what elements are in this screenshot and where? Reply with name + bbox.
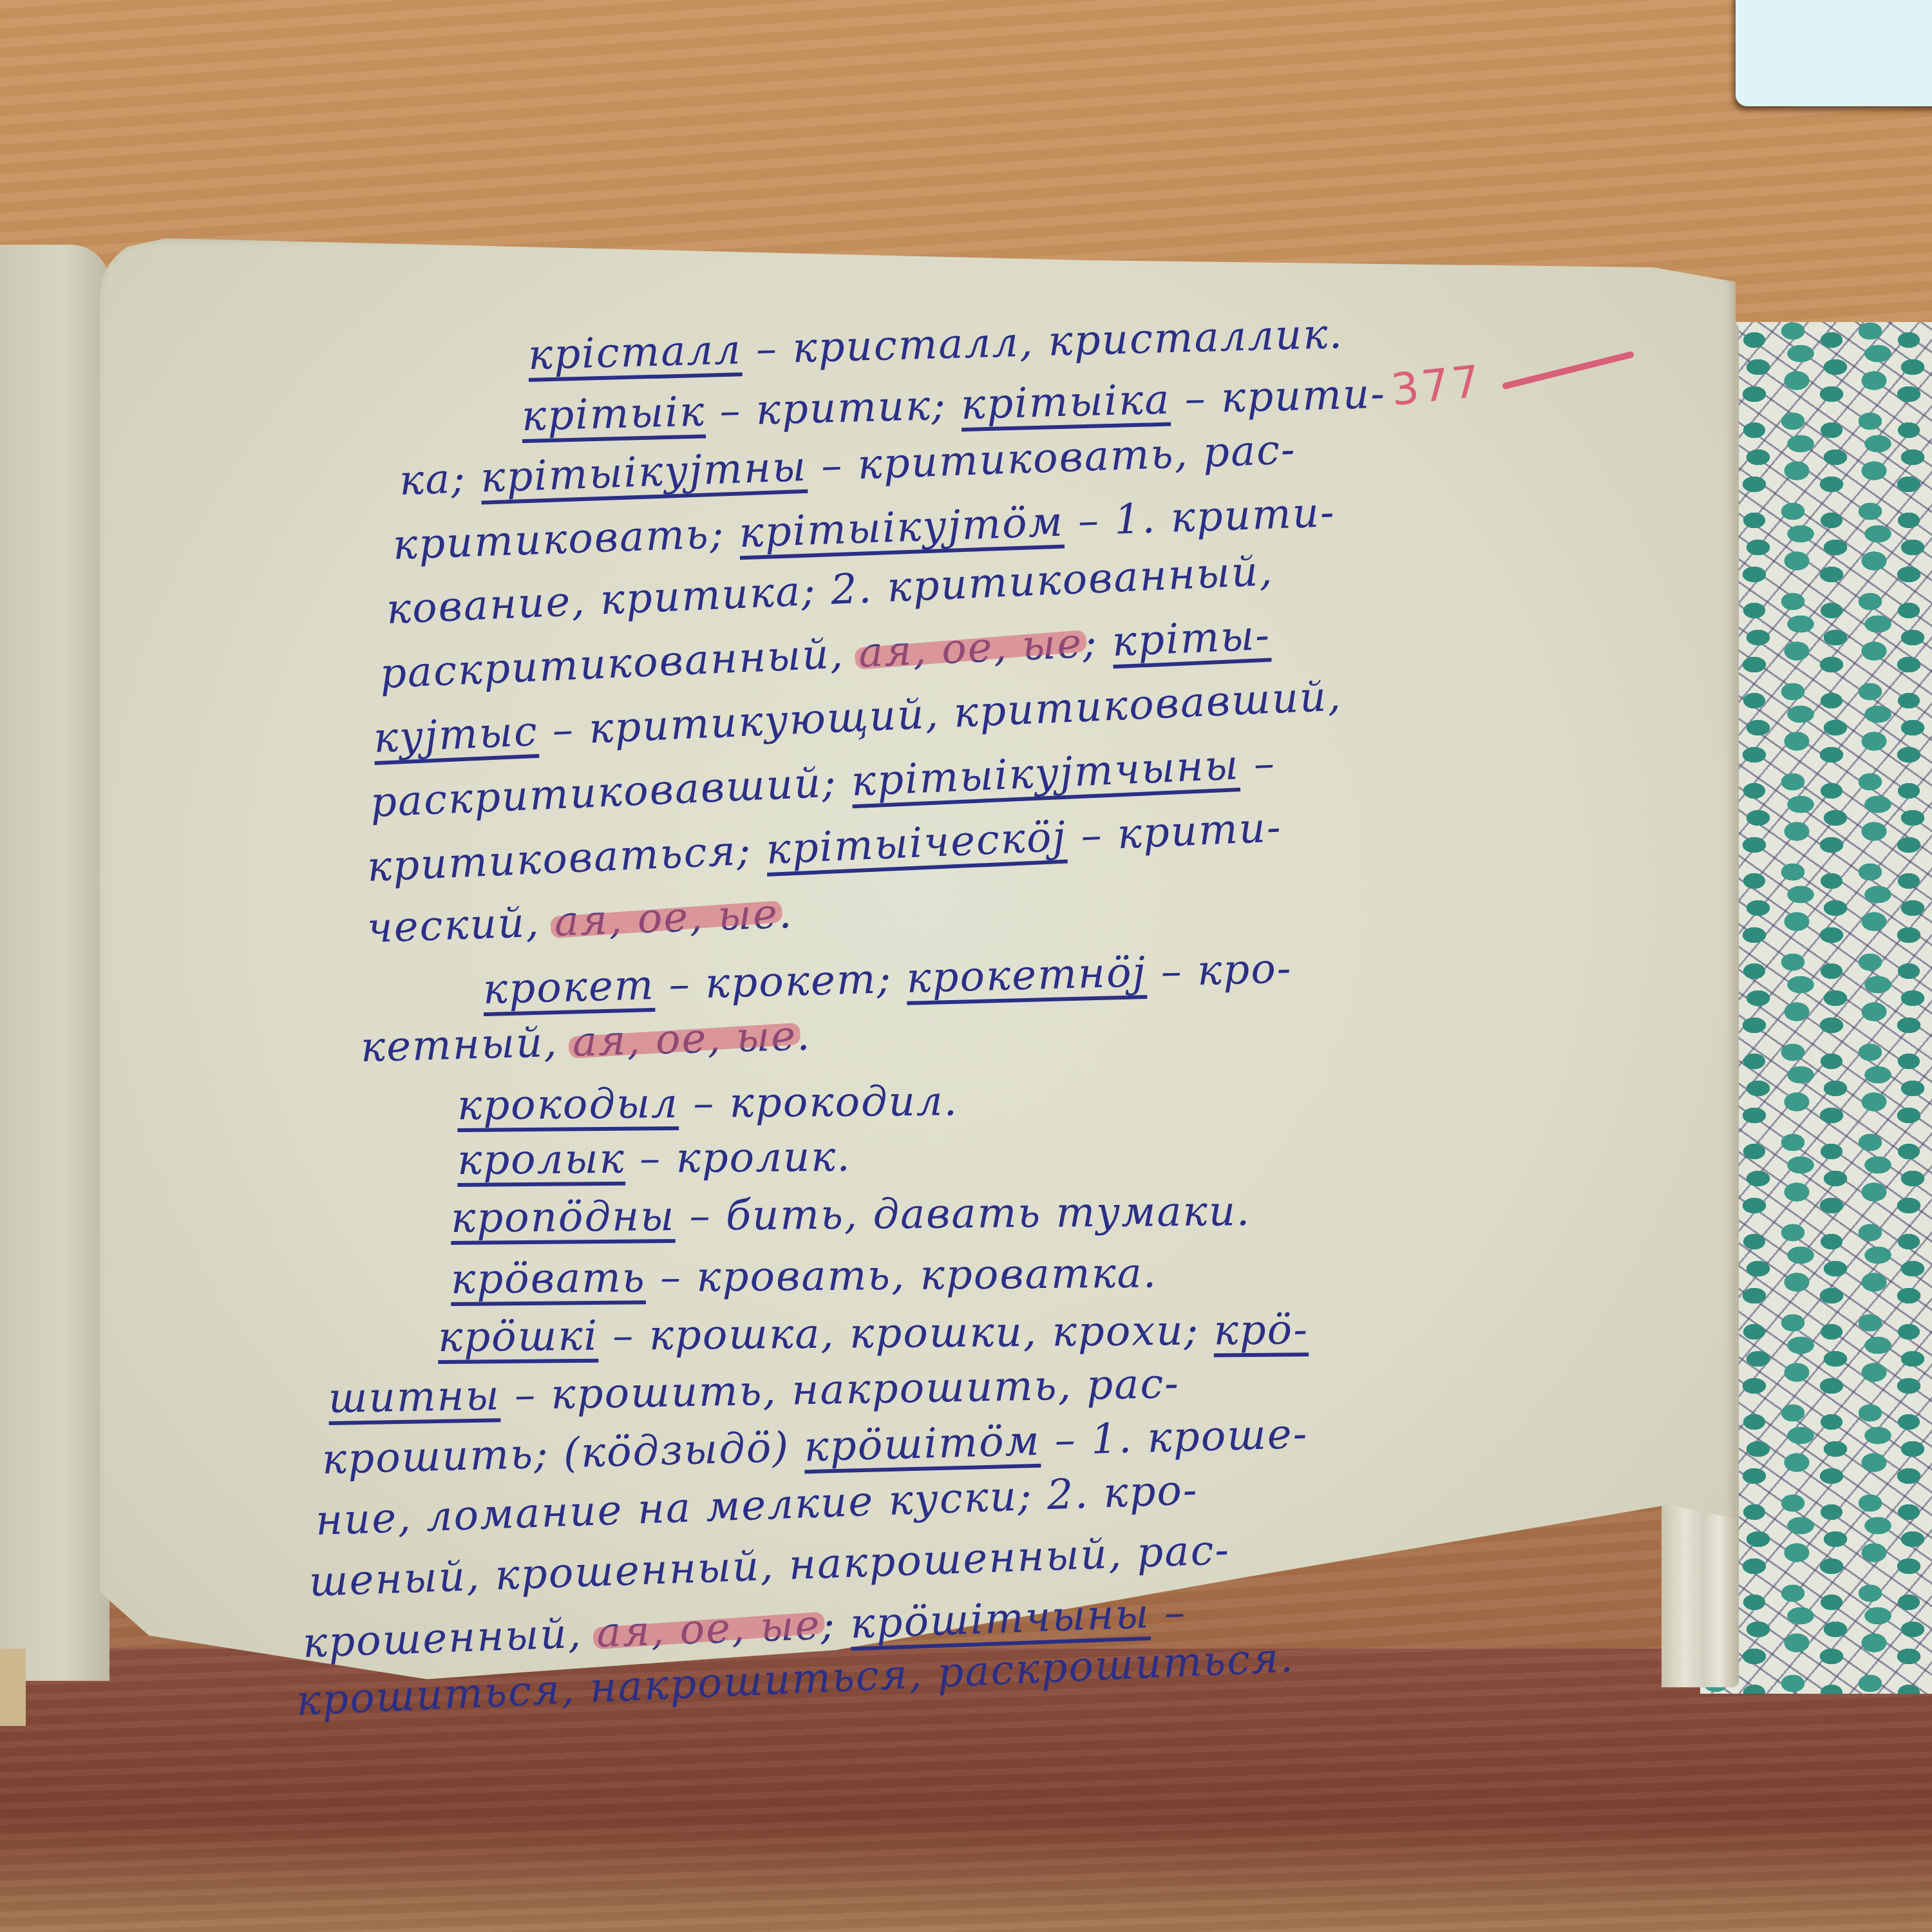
headword: крöвать <box>451 1254 646 1303</box>
translation-text: – кровать, кроватка. <box>645 1249 1157 1302</box>
translation-text: – крокодил. <box>679 1077 959 1128</box>
text-line: крокодыл – крокодил. <box>457 1077 959 1130</box>
text-line: кролык – кролик. <box>457 1133 851 1184</box>
text-line: кропöдны – бить, давать тумаки. <box>451 1188 1251 1242</box>
struck-ending: ая, ое, ые <box>553 891 779 946</box>
translation-text: – 1. крити- <box>1063 489 1336 546</box>
text-line: крöвать – кровать, кроватка. <box>451 1249 1158 1303</box>
translation-text: ческий, <box>366 898 555 952</box>
headword: кролык <box>457 1135 625 1184</box>
headword: крöшiтöм <box>803 1417 1041 1472</box>
struck-ending: ая, ое, ые <box>857 620 1083 677</box>
translation-text: – крити- <box>1170 370 1386 424</box>
headword: крiсталл <box>527 326 743 379</box>
struck-ending: ая, ое, ые <box>596 1602 822 1657</box>
translation-text: – крити- <box>1066 804 1283 861</box>
headword: крöшкi <box>438 1312 599 1361</box>
translation-text: – <box>1238 740 1277 789</box>
translation-text: кетный, <box>360 1018 573 1072</box>
translation-text: – бить, давать тумаки. <box>675 1188 1251 1240</box>
left-facing-page <box>0 245 109 1681</box>
headword: куjтыс <box>372 708 539 762</box>
translation-text: – кролик. <box>625 1133 851 1183</box>
page-number: 377 <box>1388 356 1484 416</box>
translation-text: ка; <box>399 455 482 505</box>
headword: кропöдны <box>451 1193 676 1242</box>
headword: крöшiтчыны <box>849 1590 1151 1648</box>
headword: крокодыл <box>457 1080 679 1130</box>
translation-text: – кро- <box>1146 945 1293 996</box>
translation-text: – <box>1149 1589 1187 1638</box>
headword: шитны <box>328 1372 500 1423</box>
text-line: крöшкi – крошка, крошки, крохи; крö- <box>438 1306 1309 1361</box>
translation-text: – крошка, крошки, крохи; <box>598 1307 1214 1359</box>
headword: крокет <box>482 961 655 1014</box>
translation-text: – крокет; <box>654 955 907 1009</box>
headword: крö- <box>1213 1306 1309 1354</box>
translation-text: – 1. кроше- <box>1039 1410 1309 1465</box>
translation-text: – критик; <box>705 381 961 435</box>
headword: крiтыiка <box>960 376 1171 429</box>
headword: крiты- <box>1111 612 1271 667</box>
headword: крокетнöj <box>905 949 1147 1003</box>
struck-ending: ая, ое, ые <box>572 1012 797 1066</box>
index-card <box>1736 0 1932 106</box>
left-page-edge <box>0 1649 26 1726</box>
headword: крiтыік <box>521 388 706 440</box>
